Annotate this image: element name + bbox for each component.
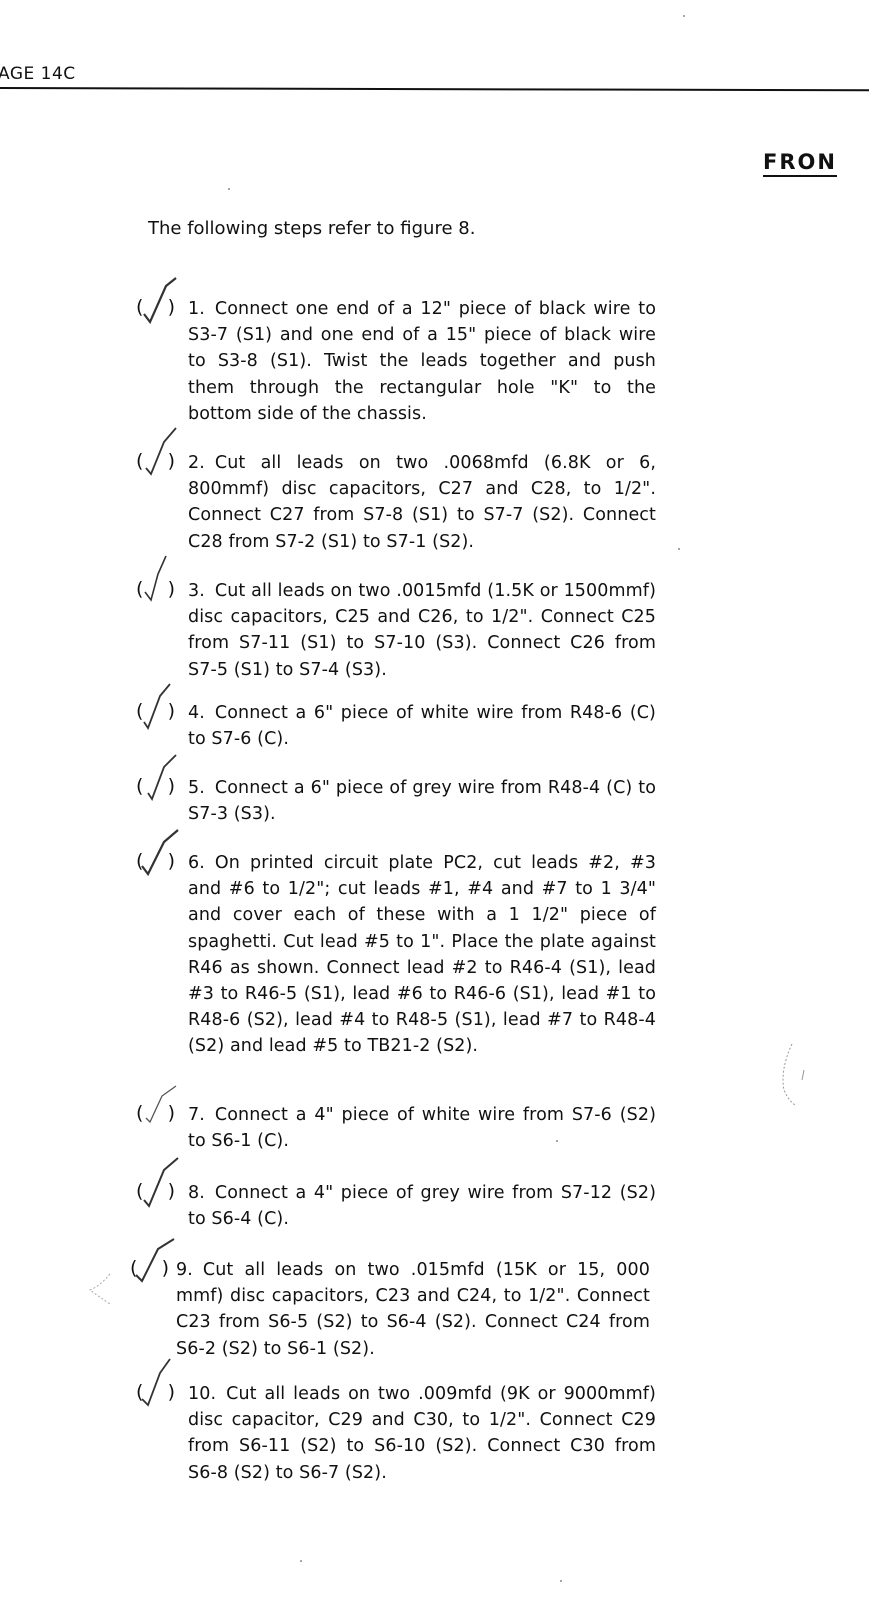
step-list: ( ) 1.Connect one end of a 12" piece of …: [0, 0, 869, 1600]
checkbox-checked-icon[interactable]: ( ): [136, 775, 180, 801]
checkbox-checked-icon[interactable]: ( ): [136, 1180, 180, 1206]
scan-speck: [556, 1140, 558, 1142]
step-3: ( ) 3.Cut all leads on two .0015mfd (1.5…: [136, 578, 656, 683]
checkbox-checked-icon[interactable]: ( ): [136, 578, 180, 604]
checkbox-checked-icon[interactable]: ( ): [136, 850, 180, 876]
scan-speck: [678, 548, 680, 550]
step-text: Cut all leads on two .0068mfd (6.8K or 6…: [188, 453, 656, 552]
step-9: ( ) 9.Cut all leads on two .015mfd (15K …: [130, 1257, 650, 1362]
step-7: ( ) 7.Connect a 4" piece of white wire f…: [136, 1102, 656, 1154]
step-5: ( ) 5.Connect a 6" piece of grey wire fr…: [136, 775, 656, 827]
step-2: ( ) 2.Cut all leads on two .0068mfd (6.8…: [136, 450, 656, 555]
step-text: Cut all leads on two .0015mfd (1.5K or 1…: [188, 581, 656, 680]
step-text: Connect a 6" piece of grey wire from R48…: [188, 778, 656, 824]
step-text: Connect a 4" piece of white wire from S7…: [188, 1105, 656, 1151]
pencil-stray-mark: [80, 1270, 120, 1310]
scan-speck: [228, 188, 230, 190]
step-8: ( ) 8.Connect a 4" piece of grey wire fr…: [136, 1180, 656, 1232]
checkbox-checked-icon[interactable]: ( ): [136, 700, 180, 726]
step-text: Connect a 4" piece of grey wire from S7-…: [188, 1183, 656, 1229]
scan-speck: [560, 1580, 562, 1582]
scan-speck: [300, 1560, 302, 1562]
step-text: Connect one end of a 12" piece of black …: [188, 299, 656, 424]
step-10: ( ) 10.Cut all leads on two .009mfd (9K …: [136, 1381, 656, 1486]
step-4: ( ) 4.Connect a 6" piece of white wire f…: [136, 700, 656, 752]
step-6: ( ) 6.On printed circuit plate PC2, cut …: [136, 850, 656, 1060]
checkbox-checked-icon[interactable]: ( ): [136, 450, 180, 476]
checkbox-checked-icon[interactable]: ( ): [136, 1381, 180, 1407]
step-text: Cut all leads on two .015mfd (15K or 15,…: [176, 1260, 650, 1359]
scan-speck: [683, 15, 685, 17]
pencil-stray-mark: [770, 1040, 810, 1110]
step-1: ( ) 1.Connect one end of a 12" piece of …: [136, 296, 656, 427]
step-text: Connect a 6" piece of white wire from R4…: [188, 703, 656, 749]
checkbox-checked-icon[interactable]: ( ): [136, 1102, 180, 1128]
step-text: Cut all leads on two .009mfd (9K or 9000…: [188, 1384, 656, 1483]
step-text: On printed circuit plate PC2, cut leads …: [188, 853, 656, 1056]
checkbox-checked-icon[interactable]: ( ): [130, 1257, 174, 1283]
checkbox-checked-icon[interactable]: ( ): [136, 296, 180, 322]
